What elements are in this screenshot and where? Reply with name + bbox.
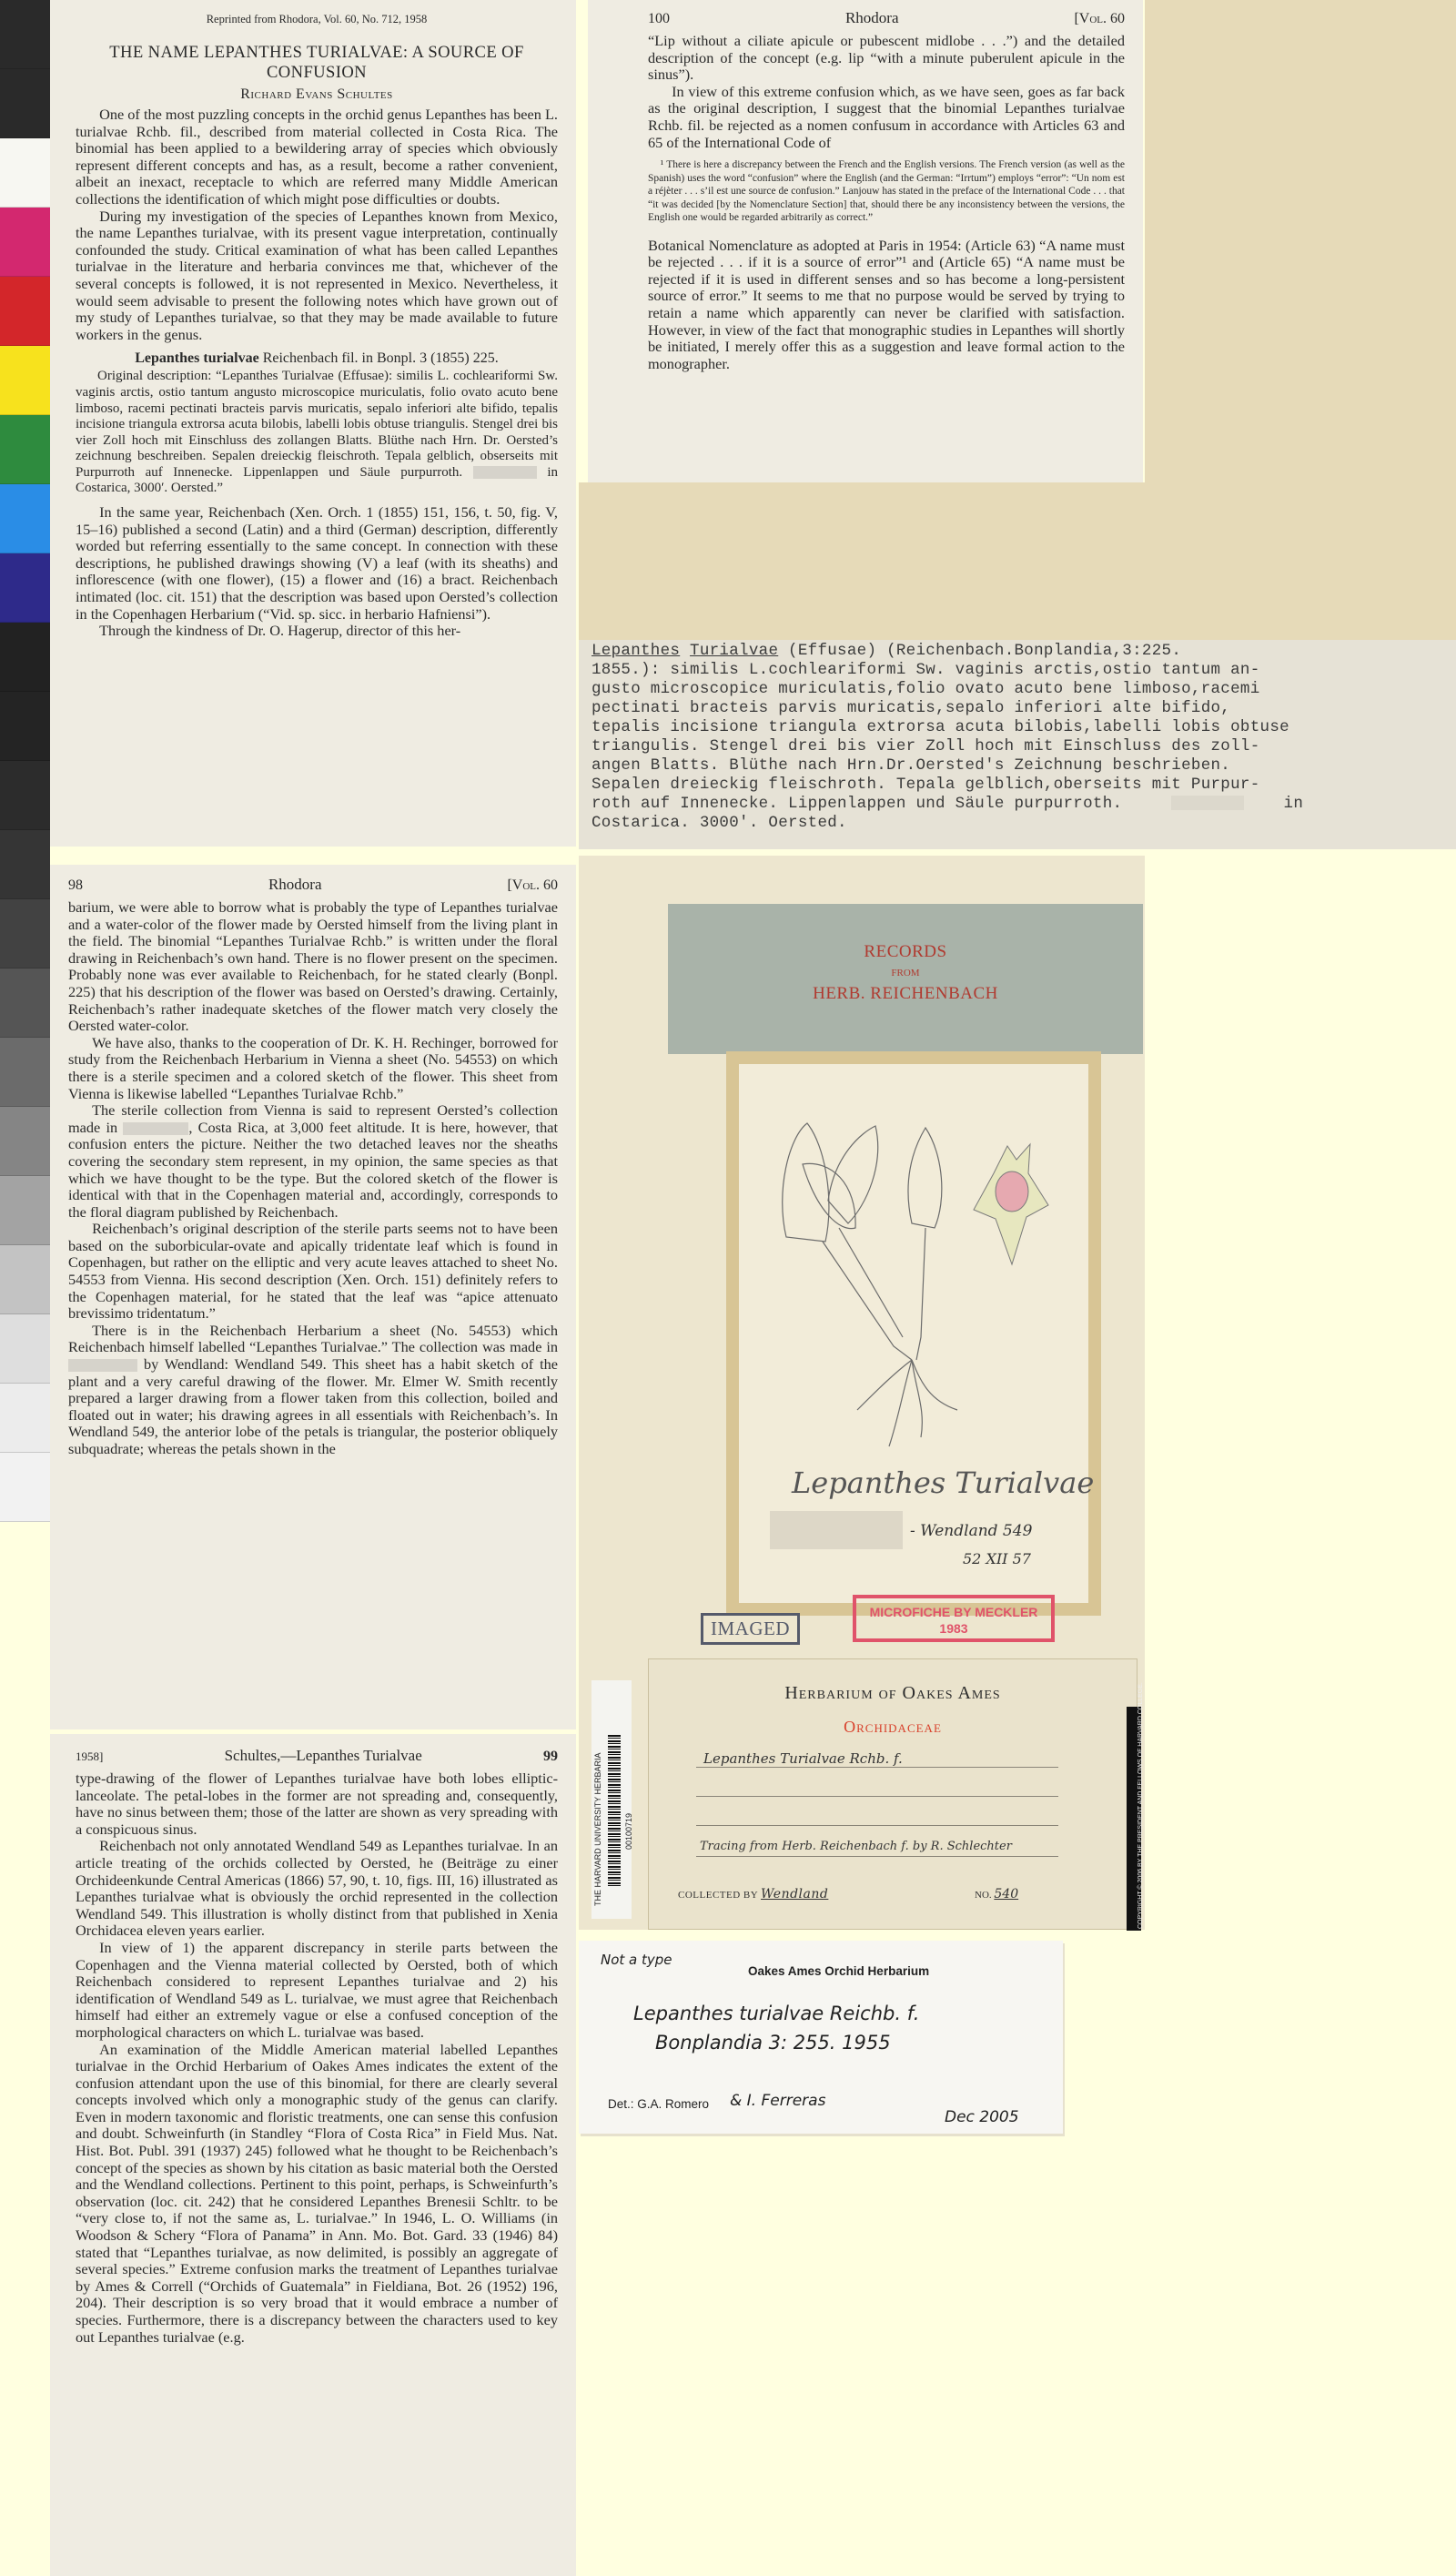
species-name: Lepanthes turialvae bbox=[135, 350, 258, 366]
paragraph: There is in the Reichenbach Herbarium a … bbox=[68, 1323, 558, 1458]
not-a-type-note: Not a type bbox=[601, 1952, 672, 1968]
running-title: Rhodora bbox=[845, 9, 899, 27]
volume: [Vol. 60 bbox=[1074, 11, 1125, 27]
color-patch bbox=[0, 415, 50, 484]
color-patch bbox=[0, 1384, 50, 1453]
color-patch bbox=[0, 761, 50, 830]
paragraph-text: by Wendland: Wendland 549. This sheet ha… bbox=[68, 1355, 558, 1457]
records-label: RECORDS FROM HERB. REICHENBACH bbox=[668, 904, 1143, 1054]
paragraph-text: There is in the Reichenbach Herbarium a … bbox=[68, 1322, 558, 1356]
running-header: 98 Rhodora [Vol. 60 bbox=[68, 876, 558, 894]
paragraph: An examination of the Middle American ma… bbox=[76, 2042, 558, 2347]
paragraph: Reichenbach’s original description of th… bbox=[68, 1221, 558, 1323]
drawing-caption: Lepanthes Turialvae bbox=[792, 1465, 1094, 1500]
det-citation: Bonplandia 3: 255. 1955 bbox=[655, 2032, 891, 2054]
det-species: Lepanthes turialvae Reichb. f. bbox=[633, 2003, 919, 2024]
color-patch bbox=[0, 899, 50, 969]
species-citation: Reichenbach fil. in Bonpl. 3 (1855) 225. bbox=[263, 350, 499, 366]
year: 1958] bbox=[76, 1749, 103, 1764]
paragraph: Through the kindness of Dr. O. Hagerup, … bbox=[76, 623, 558, 640]
redacted-text bbox=[123, 1122, 188, 1135]
barcode-icon bbox=[608, 1735, 621, 1888]
color-patch bbox=[0, 692, 50, 761]
det-herbarium: Oakes Ames Orchid Herbarium bbox=[748, 1964, 929, 1978]
color-patch bbox=[0, 1107, 50, 1176]
color-patch bbox=[0, 484, 50, 553]
color-patch bbox=[0, 1038, 50, 1107]
label-family: Orchidaceae bbox=[649, 1718, 1137, 1737]
running-title: Schultes,—Lepanthes Turialvae bbox=[225, 1747, 422, 1765]
color-patch bbox=[0, 1314, 50, 1384]
label-species: Lepanthes Turialvae Rchb. f. bbox=[703, 1750, 903, 1767]
color-patch bbox=[0, 208, 50, 277]
label-line bbox=[696, 1796, 1058, 1797]
redacted-text bbox=[1171, 796, 1244, 810]
label-line bbox=[696, 1856, 1058, 1857]
barcode-number: 00100719 bbox=[624, 1813, 633, 1850]
article-author: Richard Evans Schultes bbox=[76, 86, 558, 103]
journal-page-97: Reprinted from Rhodora, Vol. 60, No. 712… bbox=[50, 0, 576, 847]
paragraph: Botanical Nomenclature as adopted at Par… bbox=[648, 238, 1125, 373]
paragraph: In the same year, Reichenbach (Xen. Orch… bbox=[76, 504, 558, 623]
typed-description-card: Lepanthes Turialvae (Effusae) (Reichenba… bbox=[579, 640, 1456, 849]
color-patch bbox=[0, 138, 50, 208]
journal-page-100: 100 Rhodora [Vol. 60 “Lip without a cili… bbox=[588, 0, 1143, 482]
microfiche-stamp: MICROFICHE BY MECKLER 1983 bbox=[853, 1595, 1055, 1642]
running-header: 100 Rhodora [Vol. 60 bbox=[648, 9, 1125, 27]
color-patch bbox=[0, 553, 50, 623]
background-panel bbox=[1145, 849, 1456, 2576]
color-patch bbox=[0, 1176, 50, 1245]
running-header: 1958] Schultes,—Lepanthes Turialvae 99 bbox=[76, 1747, 558, 1765]
paragraph: The sterile collection from Vienna is sa… bbox=[68, 1102, 558, 1221]
barcode-label: THE HARVARD UNIVERSITY HERBARIA 00100719 bbox=[591, 1680, 632, 1919]
typed-genus: Lepanthes bbox=[591, 642, 680, 660]
collected-by-label: COLLECTED BY bbox=[678, 1890, 758, 1901]
paragraph: In view of this extreme confusion which,… bbox=[648, 84, 1125, 151]
original-description: Original description: “Lepanthes Turialv… bbox=[76, 369, 558, 497]
footnote: ¹ There is here a discrepancy between th… bbox=[648, 158, 1125, 225]
microfiche-text: MICROFICHE BY MECKLER bbox=[856, 1604, 1051, 1620]
det-determiner: Det.: G.A. Romero bbox=[608, 2097, 709, 2111]
volume: [Vol. 60 bbox=[507, 877, 558, 894]
color-patch bbox=[0, 0, 50, 69]
color-patch bbox=[0, 1453, 50, 1522]
color-patch bbox=[0, 69, 50, 138]
paragraph: One of the most puzzling concepts in the… bbox=[76, 106, 558, 208]
collector-name: Wendland bbox=[761, 1887, 828, 1902]
det-date: Dec 2005 bbox=[945, 2108, 1019, 2126]
original-description-text: Original description: “Lepanthes Turialv… bbox=[76, 369, 558, 480]
paragraph: We have also, thanks to the cooperation … bbox=[68, 1035, 558, 1102]
label-note: Tracing from Herb. Reichenbach f. by R. … bbox=[700, 1840, 1012, 1853]
date-note: 52 XII 57 bbox=[963, 1550, 1031, 1567]
species-heading: Lepanthes turialvae Reichenbach fil. in … bbox=[76, 350, 558, 367]
color-patch bbox=[0, 830, 50, 899]
records-herbarium: HERB. REICHENBACH bbox=[668, 984, 1143, 1004]
paragraph: Reichenbach not only annotated Wendland … bbox=[76, 1838, 558, 1940]
color-patch bbox=[0, 346, 50, 415]
color-patch bbox=[0, 623, 50, 692]
article-title: THE NAME LEPANTHES TURIALVAE: A SOURCE O… bbox=[76, 43, 558, 83]
reprint-line: Reprinted from Rhodora, Vol. 60, No. 712… bbox=[76, 13, 558, 26]
collection-number: NO. 540 bbox=[975, 1887, 1018, 1902]
copyright-strip: COPYRIGHT © 2006 BY THE PRESIDENT AND FE… bbox=[1127, 1707, 1141, 1931]
barcode-institution: THE HARVARD UNIVERSITY HERBARIA bbox=[593, 1752, 602, 1906]
collected-by: COLLECTED BY Wendland bbox=[678, 1887, 828, 1902]
records-from: FROM bbox=[668, 968, 1143, 979]
paragraph: “Lip without a ciliate apicule or pubesc… bbox=[648, 33, 1125, 84]
background-panel bbox=[579, 482, 1145, 640]
paragraph: barium, we were able to borrow what is p… bbox=[68, 899, 558, 1035]
records-title: RECORDS bbox=[668, 942, 1143, 962]
label-title: Herbarium of Oakes Ames bbox=[649, 1683, 1137, 1704]
imaged-stamp: IMAGED bbox=[701, 1613, 800, 1645]
paragraph: type-drawing of the flower of Lepanthes … bbox=[76, 1770, 558, 1838]
color-patch bbox=[0, 277, 50, 346]
typed-epithet: Turialvae bbox=[690, 642, 778, 660]
page-number: 98 bbox=[68, 877, 83, 894]
number-label: NO. bbox=[975, 1890, 992, 1901]
det-coauthor: & I. Ferreras bbox=[730, 2092, 825, 2110]
color-patch bbox=[0, 969, 50, 1038]
journal-page-98: 98 Rhodora [Vol. 60 barium, we were able… bbox=[50, 865, 576, 1729]
color-patch bbox=[0, 1245, 50, 1314]
page-number: 100 bbox=[648, 11, 670, 27]
oakes-ames-label: Herbarium of Oakes Ames Orchidaceae Lepa… bbox=[648, 1658, 1137, 1930]
microfiche-year: 1983 bbox=[856, 1620, 1051, 1637]
paragraph: In view of 1) the apparent discrepancy i… bbox=[76, 1940, 558, 2042]
running-title: Rhodora bbox=[268, 876, 322, 894]
background-panel bbox=[1145, 0, 1456, 640]
copyright-text: COPYRIGHT © 2006 BY THE PRESIDENT AND FE… bbox=[1137, 1682, 1144, 1929]
label-line bbox=[696, 1767, 1058, 1768]
collector-note: - Wendland 549 bbox=[910, 1522, 1032, 1540]
redacted-text bbox=[473, 466, 537, 479]
label-line bbox=[696, 1825, 1058, 1826]
number-value: 540 bbox=[994, 1887, 1018, 1902]
redacted-text bbox=[68, 1359, 137, 1372]
paragraph: During my investigation of the species o… bbox=[76, 208, 558, 344]
page-number: 99 bbox=[543, 1749, 558, 1765]
typed-text: (Effusae) (Reichenbach.Bonplandia,3:225.… bbox=[591, 642, 1289, 813]
redacted-text bbox=[770, 1511, 903, 1549]
journal-page-99: 1958] Schultes,—Lepanthes Turialvae 99 t… bbox=[50, 1734, 576, 2576]
color-calibration-strip bbox=[0, 0, 50, 1948]
determination-label: Not a type Oakes Ames Orchid Herbarium L… bbox=[579, 1941, 1063, 2134]
